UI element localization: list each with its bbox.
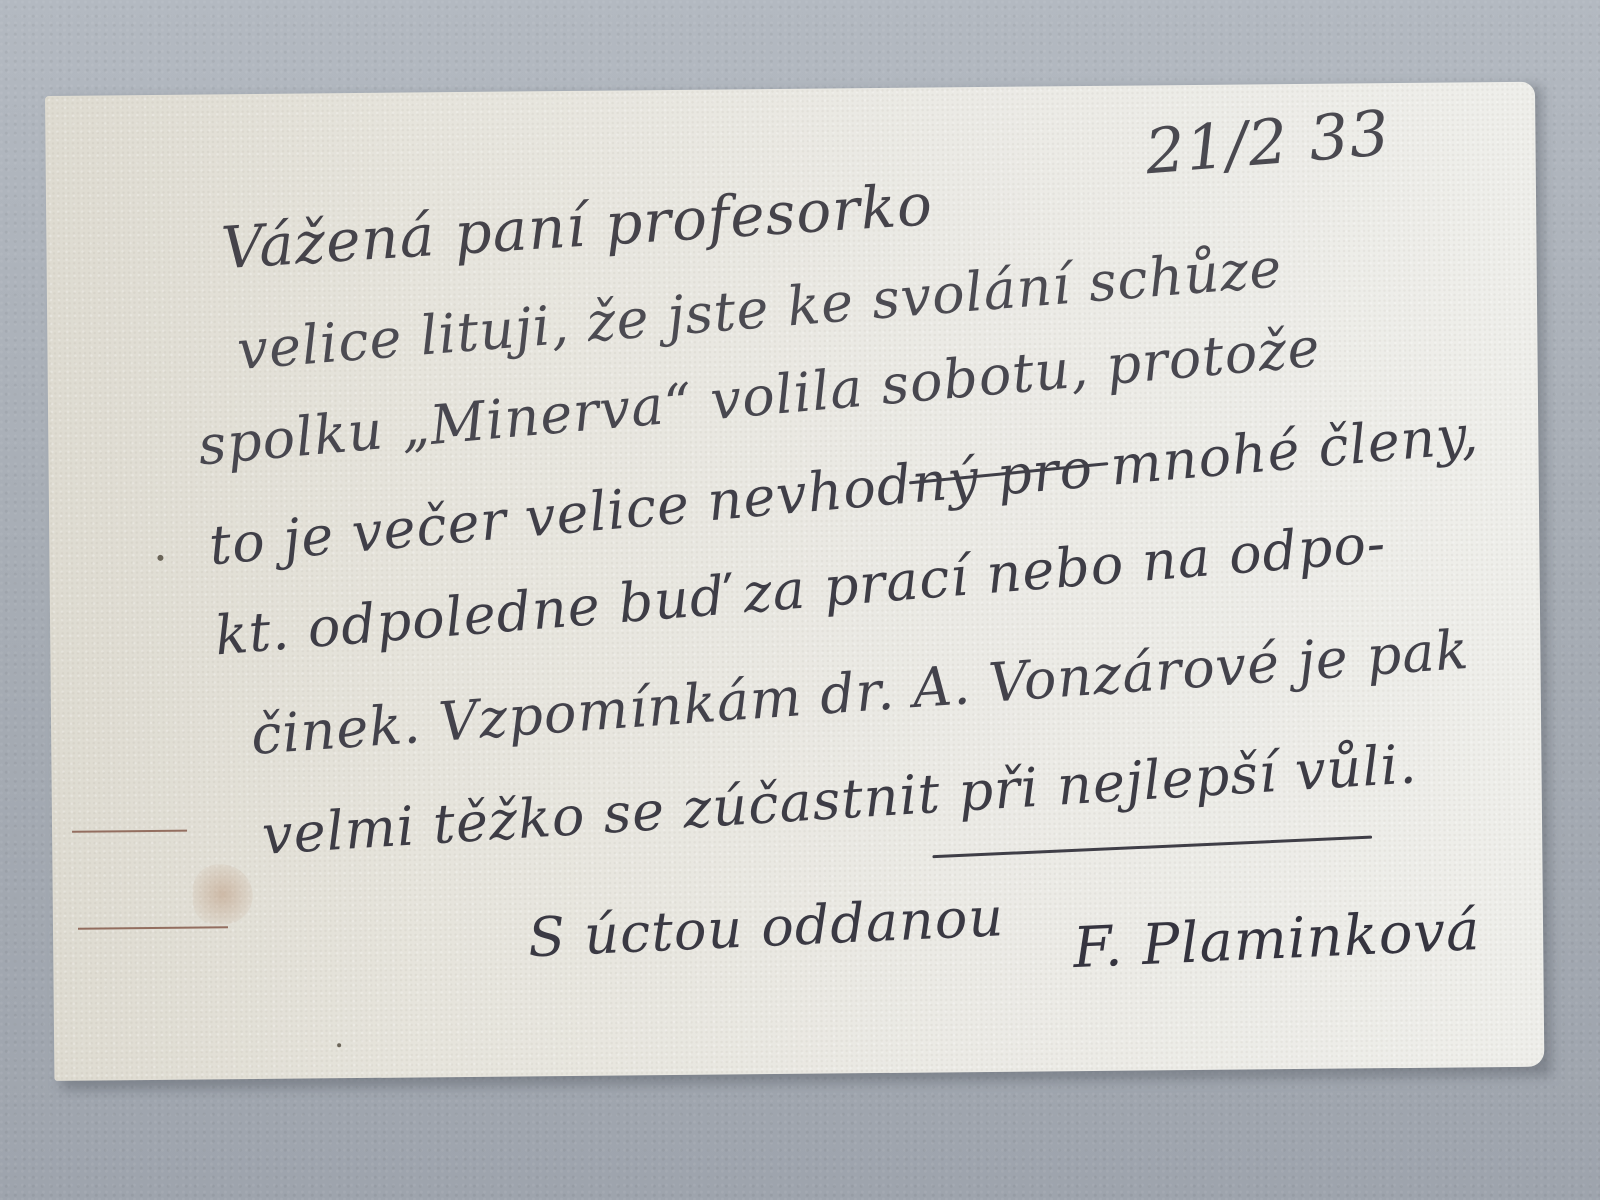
edge-ruling-line-top: [72, 830, 187, 833]
edge-ruling-line-bottom: [78, 926, 228, 929]
letter-date: 21/2 33: [1143, 96, 1393, 188]
salutation: Vážená paní profesorko: [219, 170, 934, 282]
postcard: Vážená paní profesorko 21/2 33 velice li…: [45, 82, 1544, 1081]
ink-speck: [157, 555, 163, 561]
signature: F. Plaminková: [1072, 898, 1482, 981]
underline-closing-phrase: [932, 836, 1372, 859]
closing: S úctou oddanou: [527, 885, 1006, 969]
paper-stain: [192, 864, 253, 925]
ink-speck: [337, 1043, 341, 1047]
